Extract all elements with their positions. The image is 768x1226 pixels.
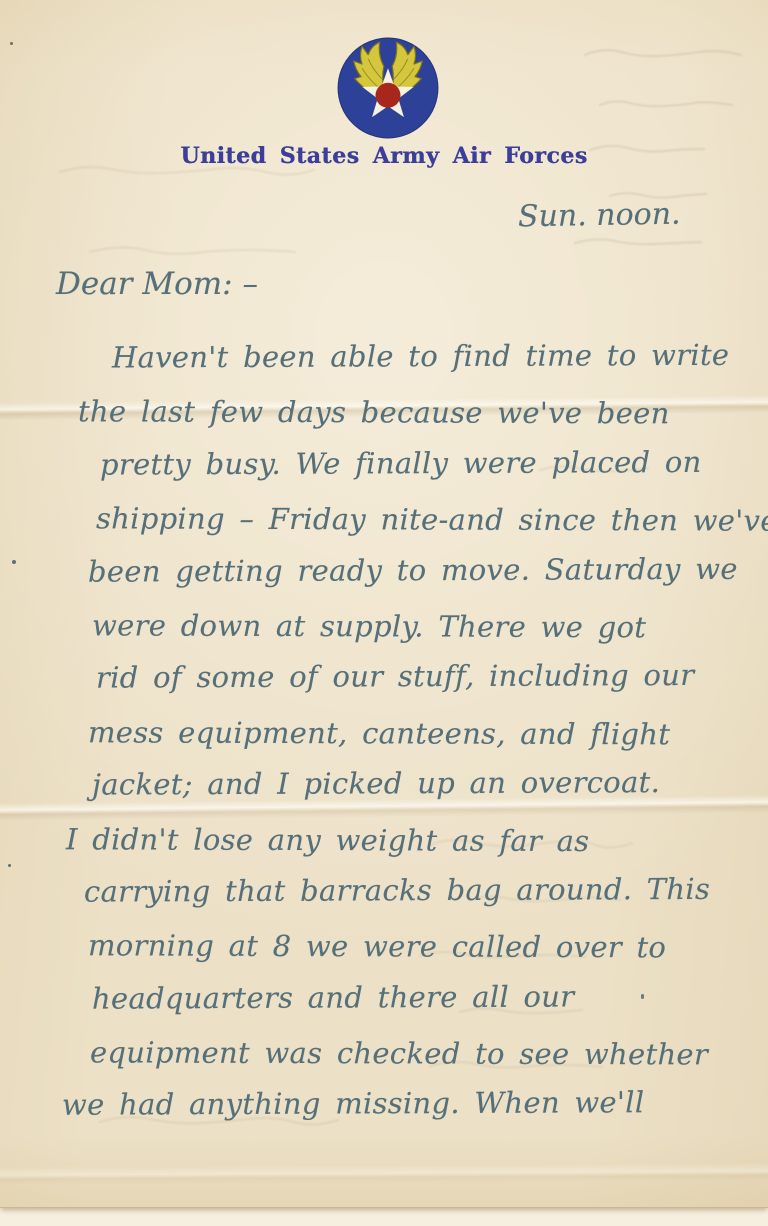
letterhead-title: United States Army Air Forces — [0, 143, 768, 169]
handwritten-line: Haven't been able to find time to write — [0, 329, 740, 386]
salutation: Dear Mom: – — [56, 266, 258, 302]
usaaf-winged-star-emblem-icon — [336, 36, 440, 140]
ink-speck — [10, 42, 13, 45]
ink-speck — [12, 560, 16, 564]
handwritten-line: we had anything missing. When we'll — [0, 1076, 740, 1133]
handwritten-line: equipment was checked to see whether — [0, 1026, 740, 1082]
handwritten-line: rid of some of our stuff, including our — [0, 649, 740, 706]
handwritten-line: the last few days because we've been — [0, 385, 740, 441]
date-line: Sun. noon. — [518, 197, 681, 235]
handwritten-line: shipping – Friday nite-and since then we… — [0, 492, 740, 548]
handwritten-line: headquarters and there all our — [0, 969, 740, 1026]
handwritten-line: were down at supply. There we got — [0, 599, 740, 655]
handwritten-line: carrying that barracks bag around. This — [0, 863, 740, 920]
handwritten-line: been getting ready to move. Saturday we — [0, 542, 740, 599]
handwritten-line: jacket; and I picked up an overcoat. — [0, 756, 740, 813]
ink-speck — [8, 864, 11, 867]
letter-body: Haven't been able to find time to write … — [0, 332, 740, 1133]
scanned-letter: United States Army Air Forces Sun. noon.… — [0, 0, 768, 1226]
handwritten-line: mess equipment, canteens, and flight — [0, 706, 740, 762]
handwritten-line: I didn't lose any weight as far as — [0, 813, 740, 869]
ink-speck — [641, 994, 644, 999]
handwritten-line: pretty busy. We finally were placed on — [0, 436, 740, 493]
handwritten-line: morning at 8 we were called over to — [0, 919, 740, 975]
